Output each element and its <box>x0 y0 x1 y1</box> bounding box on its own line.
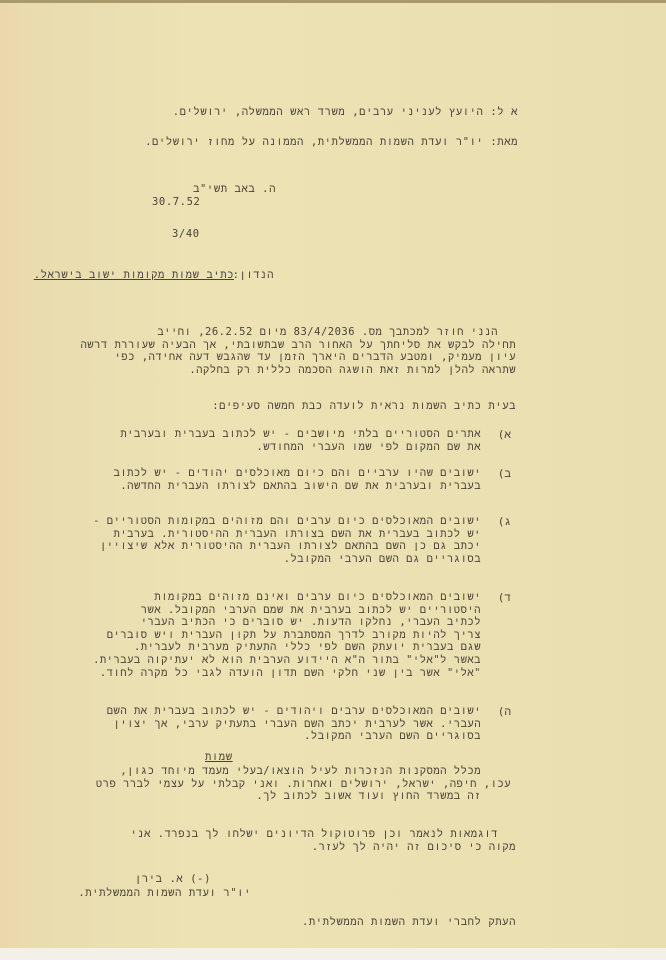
subject-text: כתיב שמות מקומות ישוב בישראל. <box>34 269 234 282</box>
clause-line: ישובים המאוכלסים ערבים ויהודים - יש לכתו… <box>107 705 481 718</box>
closing-paragraph: דוגמאות לנאמר וכן פרוטוקול הדיונים ישלחו… <box>131 828 516 853</box>
clause-line: לכתיב העברי, נחלקו הדעות. יש סוברים כי ה… <box>93 616 481 629</box>
clause-line: ישובים המאוכלסים כיום ערבים והם מזוהים ב… <box>93 515 481 528</box>
subject-label: הנדון: <box>233 269 274 282</box>
clause-line: צריך להיות מקורב לדרך המסתברת על תקון הע… <box>93 629 481 642</box>
clause-line: היסטוריים יש לכתוב בערבית את שמם הערבי ה… <box>93 604 481 617</box>
clause-marker-e: ה) <box>498 705 511 719</box>
clause-line: באשר ל"אלי" בתור ה"א היידוע הערבית הוא ל… <box>93 654 481 667</box>
intro-line: שתראה להלן למרות זאת הושגה הסכמה כללית ר… <box>80 364 516 377</box>
gregorian-date: 30.7.52 <box>152 196 200 209</box>
clause-line: אתרים הסטוריים בלתי מיושבים - יש לכתוב ב… <box>120 428 481 441</box>
copy-note: העתק לחברי ועדת השמות הממשלתית. <box>302 916 516 929</box>
hebrew-date: ה. באב תשי"ב <box>193 183 276 196</box>
exceptions-line: עכו, חיפה, ישראל, ירושלים ואחרות. ואני ק… <box>96 778 511 791</box>
clause-line: יכתב גם כן השם בהתאם לצורתו העברית ההיסט… <box>93 540 481 553</box>
interlinear-insert: שמות <box>205 751 233 764</box>
page-bottom-edge <box>0 948 666 960</box>
clause-line: העברי. אשר לערבית יכתב השם העברי בתעתיק … <box>107 718 481 731</box>
clause-marker-d: ד) <box>498 591 511 605</box>
closing-line: דוגמאות לנאמר וכן פרוטוקול הדיונים ישלחו… <box>131 828 498 841</box>
intro-line: הנני חוזר למכתבך מס. 83/4/2036 מיום 26.2… <box>80 326 498 339</box>
clause-line: "אלי" אשר בין שני חלקי השם תדון הועדה לג… <box>93 667 481 680</box>
lead-in: בעית כתיב השמות נראית לועדה כבת חמשה סעי… <box>212 400 516 413</box>
to-line: א ל: היועץ לעניני ערבים, משרד ראש הממשלה… <box>173 106 518 119</box>
document-page: א ל: היועץ לעניני ערבים, משרד ראש הממשלה… <box>0 0 666 951</box>
clause-c: ישובים המאוכלסים כיום ערבים והם מזוהים ב… <box>93 515 481 565</box>
clause-d: ישובים המאוכלסים כיום ערבים ואינם מזוהים… <box>93 591 481 679</box>
signature-name: (-) א. בירן <box>135 873 211 886</box>
clause-marker-b: ב) <box>498 467 511 481</box>
clause-line: בסוגריים השם הערבי המקובל. <box>107 730 481 743</box>
intro-line: תחילה לבקש את סליחתך על האחור הרב שבתשוב… <box>80 339 516 352</box>
intro-paragraph: הנני חוזר למכתבך מס. 83/4/2036 מיום 26.2… <box>80 326 516 376</box>
clause-line: שגם בעברית יועתק השם לפי כללי התעתיק מער… <box>93 641 481 654</box>
clause-line: בסוגריים גם השם הערבי המקובל. <box>93 553 481 566</box>
signature-title: יו"ר ועדת השמות הממשלתית. <box>78 887 251 900</box>
from-line: מאת: יו"ר ועדת השמות הממשלתית, הממונה על… <box>145 136 518 149</box>
clause-line: ישובים שהיו ערביים והם כיום מאוכלסים יהו… <box>114 467 481 480</box>
closing-line: מקוה כי סיכום זה יהיה לך לעזר. <box>131 841 516 854</box>
clause-line: יש לכתוב בעברית את השם בצורתו העברית ההי… <box>93 528 481 541</box>
clause-a: אתרים הסטוריים בלתי מיושבים - יש לכתוב ב… <box>120 428 481 453</box>
clause-e: ישובים המאוכלסים ערבים ויהודים - יש לכתו… <box>107 705 481 743</box>
clause-b: ישובים שהיו ערביים והם כיום מאוכלסים יהו… <box>114 467 481 492</box>
reference-number: 3/40 <box>172 228 200 241</box>
exceptions-line: זה במשרד החוץ ועוד אשוב לכתוב לך. <box>96 790 481 803</box>
clause-marker-a: א) <box>498 428 511 442</box>
clause-line: ישובים המאוכלסים כיום ערבים ואינם מזוהים… <box>93 591 481 604</box>
clause-line: בעברית ובערבית את שם הישוב בהתאם לצורתו … <box>114 480 481 493</box>
exceptions-paragraph: מכלל המסקנות הנזכרות לעיל הוצאו/בעלי מעמ… <box>96 765 481 803</box>
intro-line: עיון מעמיק, ומטבע הדברים היארך הזמן עד ש… <box>80 351 516 364</box>
clause-marker-c: ג) <box>498 515 511 529</box>
clause-line: את שם המקום לפי שמו העברי המחודש. <box>120 441 481 454</box>
exceptions-line: מכלל המסקנות הנזכרות לעיל הוצאו/בעלי מעמ… <box>96 765 481 778</box>
